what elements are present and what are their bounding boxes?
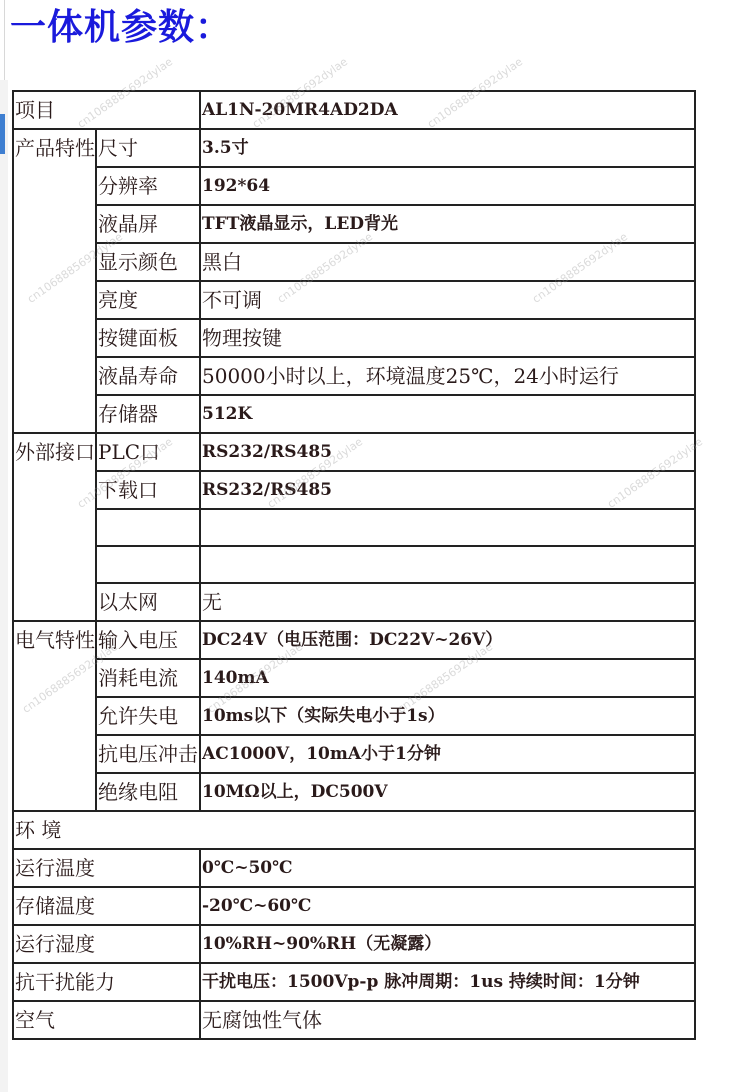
table-row-section-heading: 环 境 (13, 811, 695, 849)
group-label-product: 产品特性 (13, 129, 96, 433)
row-label: 运行温度 (13, 849, 200, 887)
page-left-frame (0, 0, 5, 80)
table-row: 存储温度 -20℃~60℃ (13, 887, 695, 925)
row-label: PLC口 (96, 433, 200, 471)
row-label: 液晶屏 (96, 205, 200, 243)
row-value: 10MΩ以上，DC500V (200, 773, 695, 811)
row-value: RS232/RS485 (200, 471, 695, 509)
table-row: 消耗电流 140mA (13, 659, 695, 697)
table-row: 产品特性 尺寸 3.5寸 (13, 129, 695, 167)
row-label: 允许失电 (96, 697, 200, 735)
table-row: 绝缘电阻 10MΩ以上，DC500V (13, 773, 695, 811)
row-label: 运行湿度 (13, 925, 200, 963)
table-row: 运行湿度 10%RH~90%RH（无凝露） (13, 925, 695, 963)
row-label: 下载口 (96, 471, 200, 509)
table-row-header: 项目 AL1N-20MR4AD2DA (13, 91, 695, 129)
table-row: 液晶寿命 50000小时以上，环境温度25℃，24小时运行 (13, 357, 695, 395)
row-label: 抗电压冲击 (96, 735, 200, 773)
row-value: 192*64 (200, 167, 695, 205)
row-label: 显示颜色 (96, 243, 200, 281)
row-label: 以太网 (96, 583, 200, 621)
row-label (96, 546, 200, 583)
table-row: 运行温度 0℃~50℃ (13, 849, 695, 887)
row-label: 消耗电流 (96, 659, 200, 697)
row-label (96, 509, 200, 546)
row-value: 黑白 (200, 243, 695, 281)
row-value: TFT液晶显示，LED背光 (200, 205, 695, 243)
model-value: AL1N-20MR4AD2DA (200, 91, 695, 129)
row-label: 分辨率 (96, 167, 200, 205)
table-row: 电气特性 输入电压 DC24V（电压范围：DC22V~26V） (13, 621, 695, 659)
row-value: 无 (200, 583, 695, 621)
table-row-empty (13, 546, 695, 583)
group-label-interface: 外部接口 (13, 433, 96, 621)
row-value: 无腐蚀性气体 (200, 1001, 695, 1039)
table-row: 亮度 不可调 (13, 281, 695, 319)
row-label: 输入电压 (96, 621, 200, 659)
table-row: 分辨率 192*64 (13, 167, 695, 205)
row-value: RS232/RS485 (200, 433, 695, 471)
row-label: 抗干扰能力 (13, 963, 200, 1001)
table-row: 显示颜色 黑白 (13, 243, 695, 281)
table-row: 存储器 512K (13, 395, 695, 433)
table-row: 下载口 RS232/RS485 (13, 471, 695, 509)
row-value: -20℃~60℃ (200, 887, 695, 925)
table-row: 外部接口 PLC口 RS232/RS485 (13, 433, 695, 471)
row-value (200, 509, 695, 546)
row-value: 512K (200, 395, 695, 433)
row-value: 不可调 (200, 281, 695, 319)
table-row: 液晶屏 TFT液晶显示，LED背光 (13, 205, 695, 243)
row-value: DC24V（电压范围：DC22V~26V） (200, 621, 695, 659)
group-label-electrical: 电气特性 (13, 621, 96, 811)
row-label: 绝缘电阻 (96, 773, 200, 811)
environment-heading: 环 境 (13, 811, 695, 849)
side-tab-marker (0, 114, 5, 154)
row-value: 3.5寸 (200, 129, 695, 167)
table-row-empty (13, 509, 695, 546)
row-value: 140mA (200, 659, 695, 697)
table-row: 抗干扰能力 干扰电压：1500Vp-p 脉冲周期：1us 持续时间：1分钟 (13, 963, 695, 1001)
row-value: 50000小时以上，环境温度25℃，24小时运行 (200, 357, 695, 395)
row-value: AC1000V，10mA小于1分钟 (200, 735, 695, 773)
row-label: 按键面板 (96, 319, 200, 357)
page-title: 一体机参数： (10, 6, 232, 50)
row-value (200, 546, 695, 583)
table-row: 以太网 无 (13, 583, 695, 621)
page-left-strip (0, 80, 8, 1092)
row-value: 10%RH~90%RH（无凝露） (200, 925, 695, 963)
row-label: 液晶寿命 (96, 357, 200, 395)
row-value: 0℃~50℃ (200, 849, 695, 887)
row-label: 尺寸 (96, 129, 200, 167)
table-row: 抗电压冲击 AC1000V，10mA小于1分钟 (13, 735, 695, 773)
row-label: 空气 (13, 1001, 200, 1039)
row-value: 10ms以下（实际失电小于1s） (200, 697, 695, 735)
table-row: 空气 无腐蚀性气体 (13, 1001, 695, 1039)
row-label: 亮度 (96, 281, 200, 319)
row-value: 干扰电压：1500Vp-p 脉冲周期：1us 持续时间：1分钟 (200, 963, 695, 1001)
row-label: 存储器 (96, 395, 200, 433)
table-row: 允许失电 10ms以下（实际失电小于1s） (13, 697, 695, 735)
table-row: 按键面板 物理按键 (13, 319, 695, 357)
row-value: 物理按键 (200, 319, 695, 357)
spec-table: 项目 AL1N-20MR4AD2DA 产品特性 尺寸 3.5寸 分辨率 192*… (12, 90, 696, 1040)
row-label: 存储温度 (13, 887, 200, 925)
header-label: 项目 (13, 91, 200, 129)
